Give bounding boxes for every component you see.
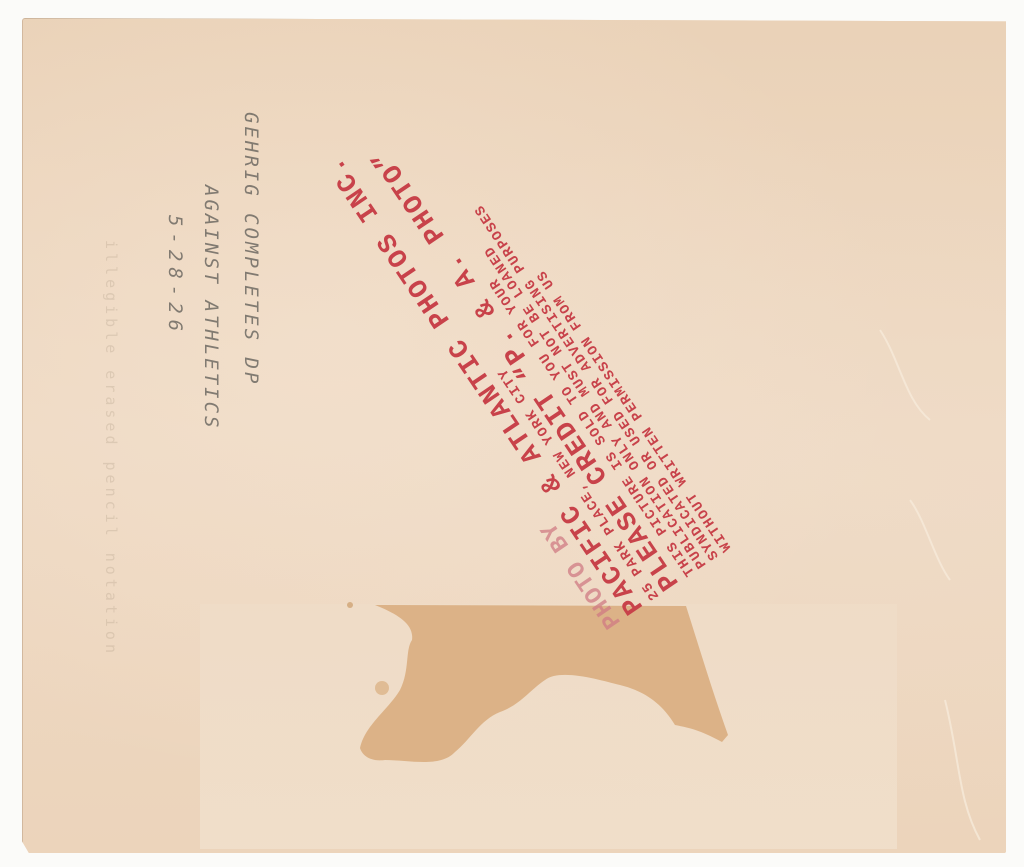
paste-down-area (200, 604, 897, 849)
handwritten-caption-line-2: AGAINST ATHLETICS (200, 185, 222, 430)
handwritten-date: 5-28-26 (164, 215, 186, 337)
handwritten-caption-line-1: GEHRIG COMPLETES DP (240, 112, 262, 386)
erased-pencil-note: illegible erased pencil notation (102, 240, 120, 657)
